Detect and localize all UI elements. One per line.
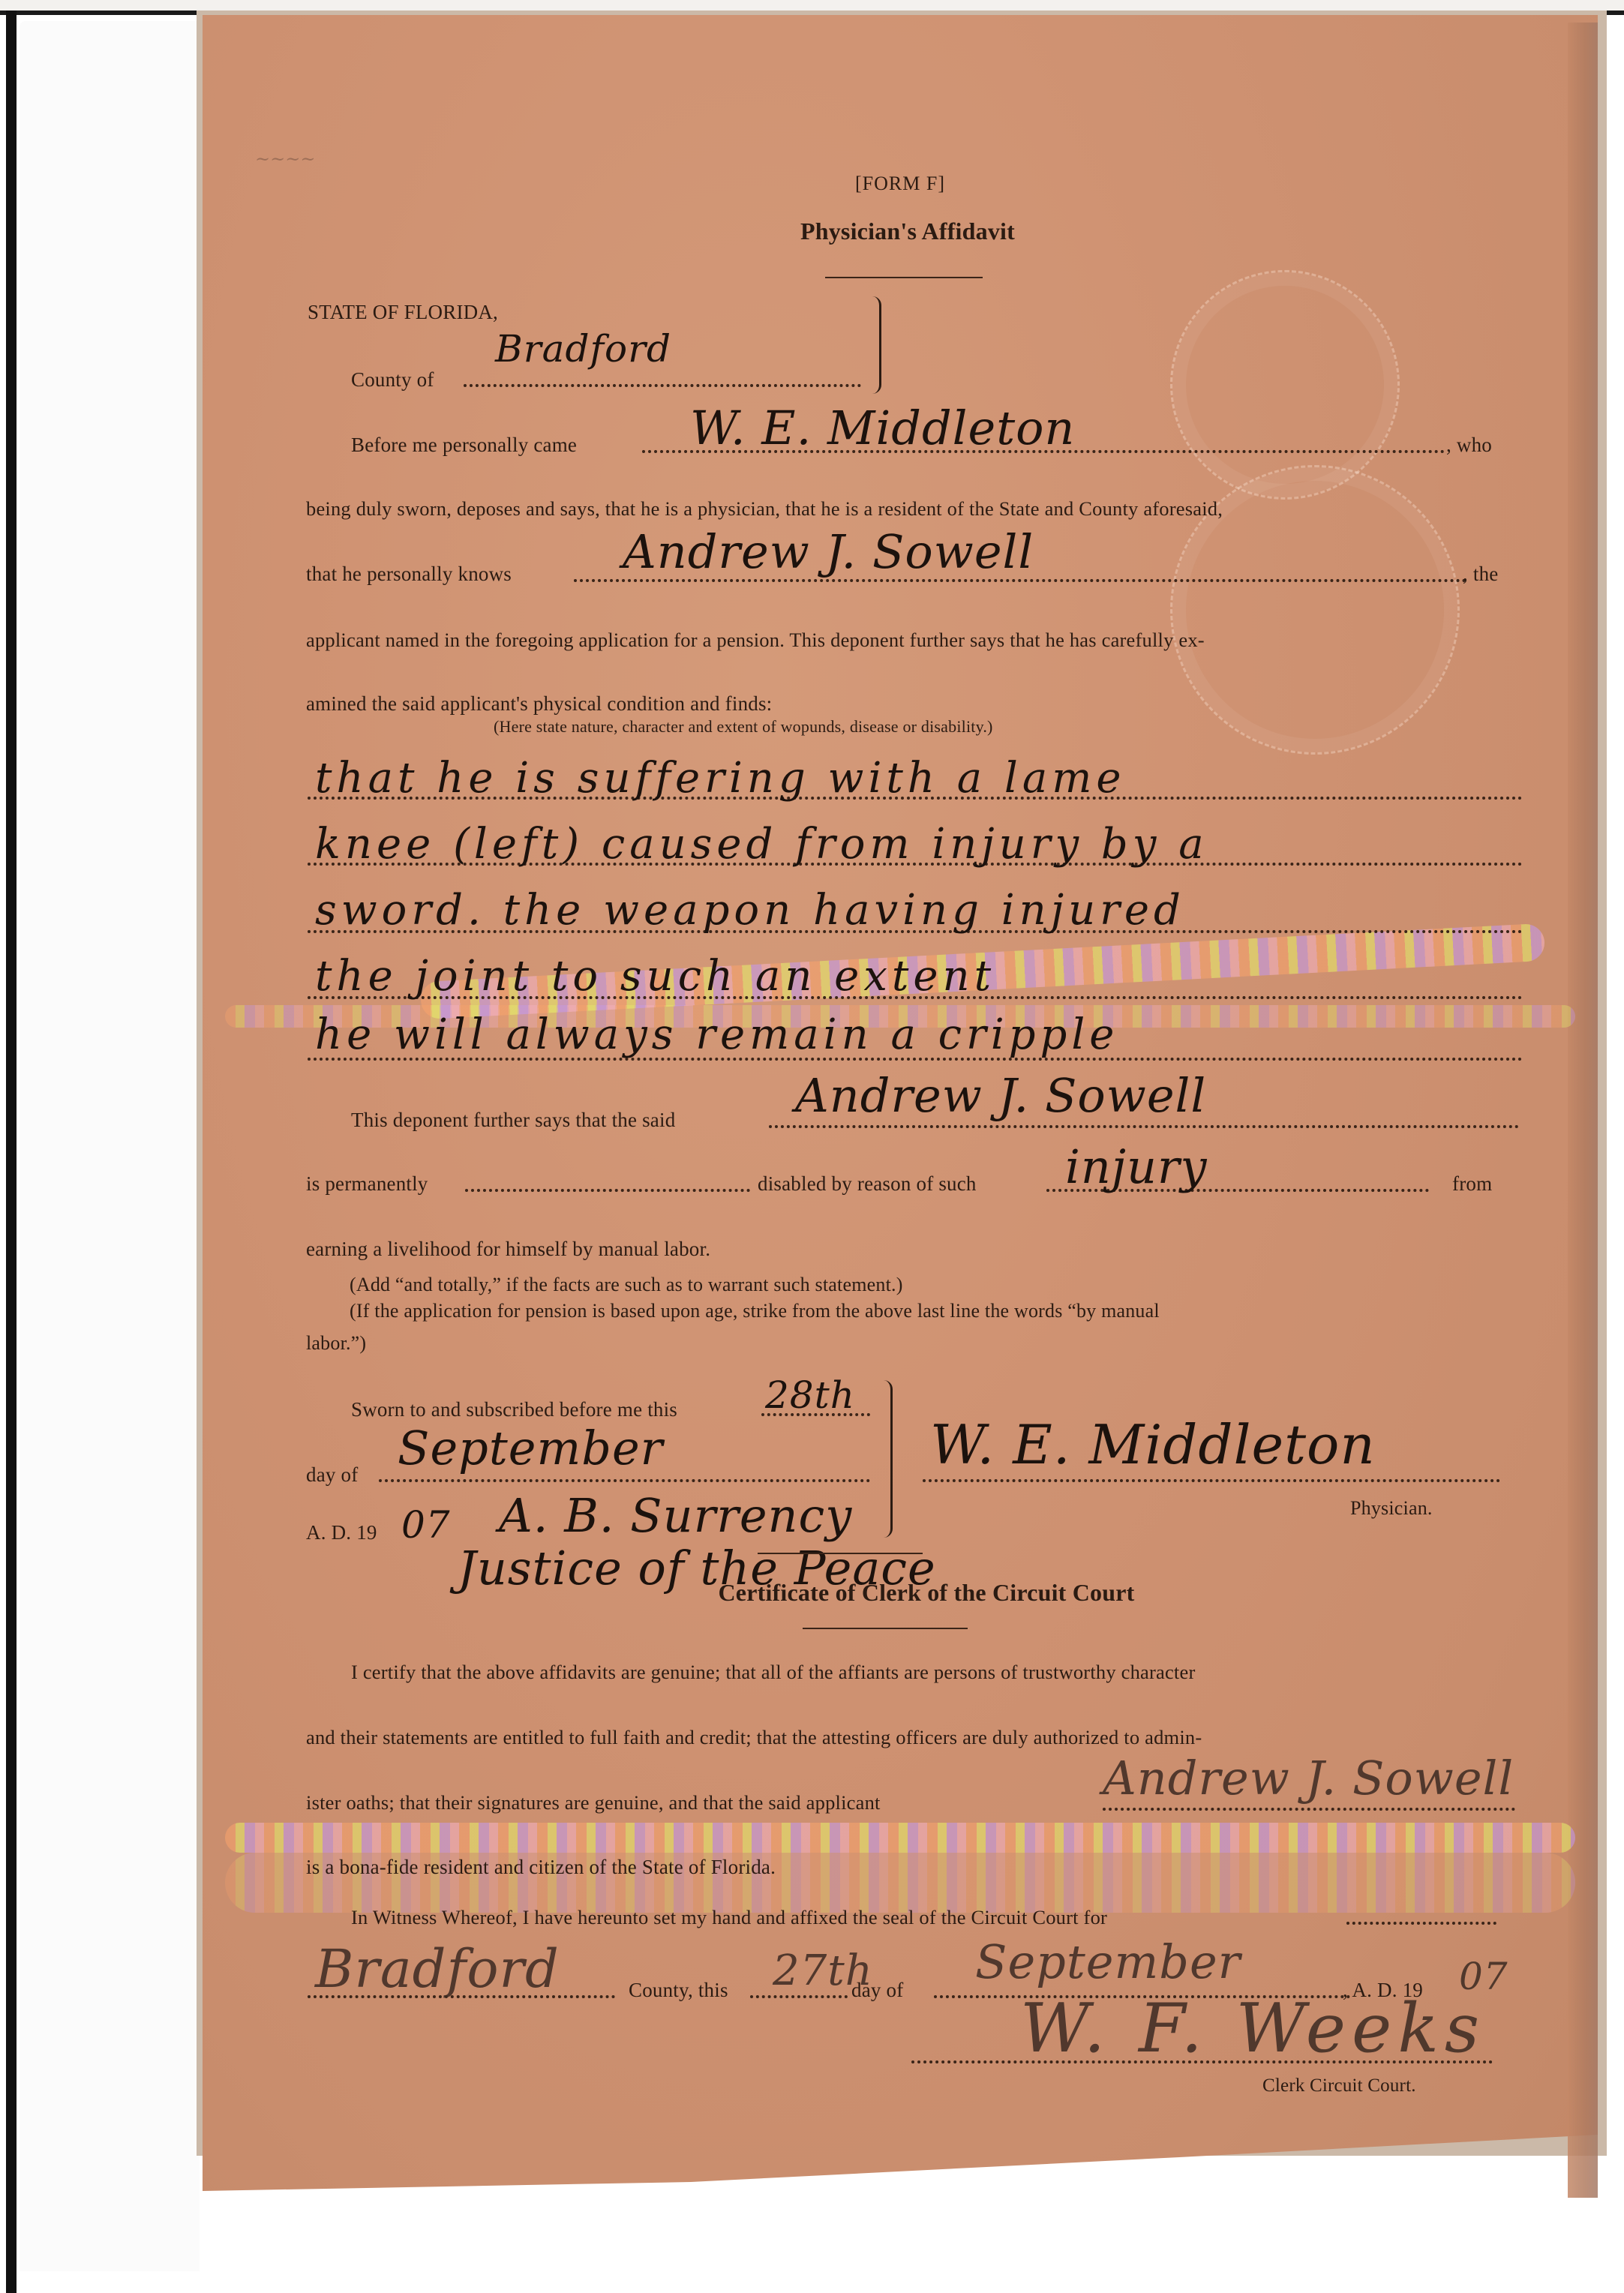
laminate-glare bbox=[225, 1823, 1575, 1853]
jurat-month-field[interactable]: September bbox=[398, 1425, 663, 1472]
further-name-field[interactable]: Andrew J. Sowell bbox=[795, 1073, 1206, 1119]
findings-text[interactable]: he will always remain a cripple bbox=[315, 1014, 1118, 1056]
applicant-name-field[interactable]: Andrew J. Sowell bbox=[623, 529, 1034, 575]
applicant-line: applicant named in the foregoing applica… bbox=[306, 630, 1205, 650]
embossed-seal-icon bbox=[1170, 270, 1400, 500]
state-label: STATE OF FLORIDA, bbox=[308, 302, 498, 323]
note-age-cont: labor.”) bbox=[306, 1334, 366, 1353]
bracket bbox=[863, 296, 881, 394]
disabled-label: disabled by reason of such bbox=[758, 1174, 977, 1194]
clerk-day-of-label: day of bbox=[851, 1980, 903, 2000]
findings-text[interactable]: that he is suffering with a lame bbox=[315, 758, 1125, 800]
clerk-county-field[interactable]: Bradford bbox=[315, 1943, 560, 1995]
sworn-label: Sworn to and subscribed before me this bbox=[351, 1400, 677, 1420]
clerk-signature[interactable]: W. F. Weeks bbox=[1020, 1995, 1485, 2063]
findings-instruction: (Here state nature, character and extent… bbox=[494, 719, 993, 735]
disabled-reason-field[interactable]: injury bbox=[1065, 1144, 1208, 1190]
sworn-line: being duly sworn, deposes and says, that… bbox=[306, 499, 1223, 519]
certificate-line-2: and their statements are entitled to ful… bbox=[306, 1727, 1202, 1748]
county-label: County of bbox=[351, 370, 434, 390]
county-field-line bbox=[464, 384, 861, 387]
note-age: (If the application for pension is based… bbox=[350, 1301, 1160, 1321]
the-label: , the bbox=[1463, 564, 1499, 584]
jurat-year-field[interactable]: 07 bbox=[401, 1506, 451, 1544]
certificate-line-3: ister oaths; that their signatures are g… bbox=[306, 1793, 881, 1813]
applicant-name-line bbox=[574, 579, 1466, 582]
certificate-line-4: is a bona-fide resident and citizen of t… bbox=[306, 1857, 776, 1877]
clerk-day-line bbox=[750, 1995, 848, 1998]
certificate-applicant-signature[interactable]: Andrew J. Sowell bbox=[1103, 1755, 1514, 1802]
certificate-applicant-line bbox=[1103, 1808, 1515, 1811]
jurat-bracket bbox=[874, 1380, 893, 1538]
certificate-line-1: I certify that the above affidavits are … bbox=[351, 1662, 1195, 1682]
faint-pencil-mark: ~~~~ bbox=[255, 149, 315, 170]
certificate-divider bbox=[803, 1628, 968, 1629]
title-divider bbox=[825, 277, 983, 278]
permanently-field-line bbox=[465, 1189, 750, 1192]
from-label: from bbox=[1452, 1174, 1492, 1194]
clerk-month-field[interactable]: September bbox=[975, 1939, 1241, 1985]
further-name-line bbox=[769, 1125, 1519, 1128]
jurat-month-line bbox=[379, 1479, 870, 1482]
day-of-label: day of bbox=[306, 1465, 358, 1485]
physician-signature-line bbox=[923, 1479, 1500, 1482]
examined-line: amined the said applicant's physical con… bbox=[306, 694, 772, 714]
before-me-label: Before me personally came bbox=[351, 435, 577, 455]
findings-text[interactable]: the joint to such an extent bbox=[315, 956, 995, 998]
physician-label: Physician. bbox=[1350, 1499, 1433, 1518]
ad-label: A. D. 19 bbox=[306, 1523, 377, 1543]
physician-signature[interactable]: W. E. Middleton bbox=[930, 1418, 1376, 1472]
clerk-label: Clerk Circuit Court. bbox=[1262, 2076, 1416, 2095]
permanently-label: is permanently bbox=[306, 1174, 428, 1194]
further-says-label: This deponent further says that the said bbox=[351, 1110, 675, 1130]
county-this-label: County, this bbox=[629, 1980, 728, 2000]
certificate-title: Certificate of Clerk of the Circuit Cour… bbox=[0, 1580, 1624, 1604]
jurat-day-field[interactable]: 28th bbox=[765, 1376, 855, 1414]
findings-text[interactable]: sword. the weapon having injured bbox=[315, 890, 1185, 932]
findings-text[interactable]: knee (left) caused from injury by a bbox=[315, 824, 1208, 866]
who-label: , who bbox=[1446, 435, 1492, 455]
knows-label: that he personally knows bbox=[306, 564, 512, 584]
official-strike-line bbox=[758, 1553, 923, 1554]
witness-line: In Witness Whereof, I have hereunto set … bbox=[351, 1907, 1107, 1928]
note-totally: (Add “and totally,” if the facts are suc… bbox=[350, 1275, 903, 1295]
backing-card bbox=[20, 21, 200, 2271]
scan-frame-left bbox=[6, 11, 17, 2293]
official-signature[interactable]: A. B. Surrency bbox=[499, 1493, 852, 1539]
page-title: Physician's Affidavit bbox=[0, 219, 1624, 243]
form-label: [FORM F] bbox=[0, 174, 1624, 194]
witness-trailing-line bbox=[1346, 1922, 1496, 1925]
physician-name-field[interactable]: W. E. Middleton bbox=[690, 405, 1075, 452]
county-field[interactable]: Bradford bbox=[495, 330, 671, 368]
earning-line: earning a livelihood for himself by manu… bbox=[306, 1239, 710, 1259]
